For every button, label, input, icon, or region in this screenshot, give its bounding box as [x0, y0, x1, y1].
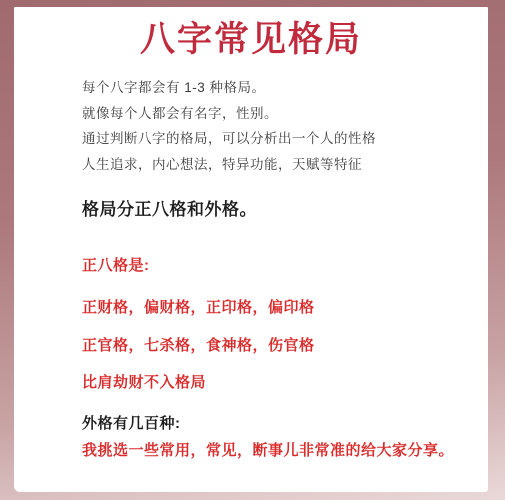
list-item: 正财格，偏财格，正印格，偏印格 — [82, 298, 472, 318]
list-item: 正官格，七杀格，食神格，伤官格 — [82, 336, 472, 356]
intro-paragraphs: 每个八字都会有 1-3 种格局。 就像每个人都会有名字，性别。 通过判断八字的格… — [82, 75, 472, 177]
section-heading-wai-ge: 外格有几百种: — [82, 413, 472, 434]
zheng-ba-ge-list: 正财格，偏财格，正印格，偏印格 正官格，七杀格，食神格，伤官格 比肩劫财不入格局 — [82, 298, 472, 393]
intro-line: 通过判断八字的格局，可以分析出一个人的性格 — [82, 126, 472, 152]
intro-line: 每个八字都会有 1-3 种格局。 — [82, 75, 472, 101]
document-card: 八字常见格局 每个八字都会有 1-3 种格局。 就像每个人都会有名字，性别。 通… — [14, 7, 488, 492]
intro-line: 就像每个人都会有名字，性别。 — [82, 101, 472, 127]
document-content: 每个八字都会有 1-3 种格局。 就像每个人都会有名字，性别。 通过判断八字的格… — [82, 75, 472, 461]
closing-line: 我挑选一些常用，常见，断事儿非常准的给大家分享。 — [82, 440, 472, 461]
list-item: 比肩劫财不入格局 — [82, 373, 472, 393]
section-heading-pattern-types: 格局分正八格和外格。 — [82, 199, 472, 221]
section-heading-zheng-ba-ge: 正八格是: — [82, 256, 472, 276]
page-title: 八字常见格局 — [14, 20, 488, 60]
intro-line: 人生追求，内心想法，特异功能，天赋等特征 — [82, 152, 472, 178]
